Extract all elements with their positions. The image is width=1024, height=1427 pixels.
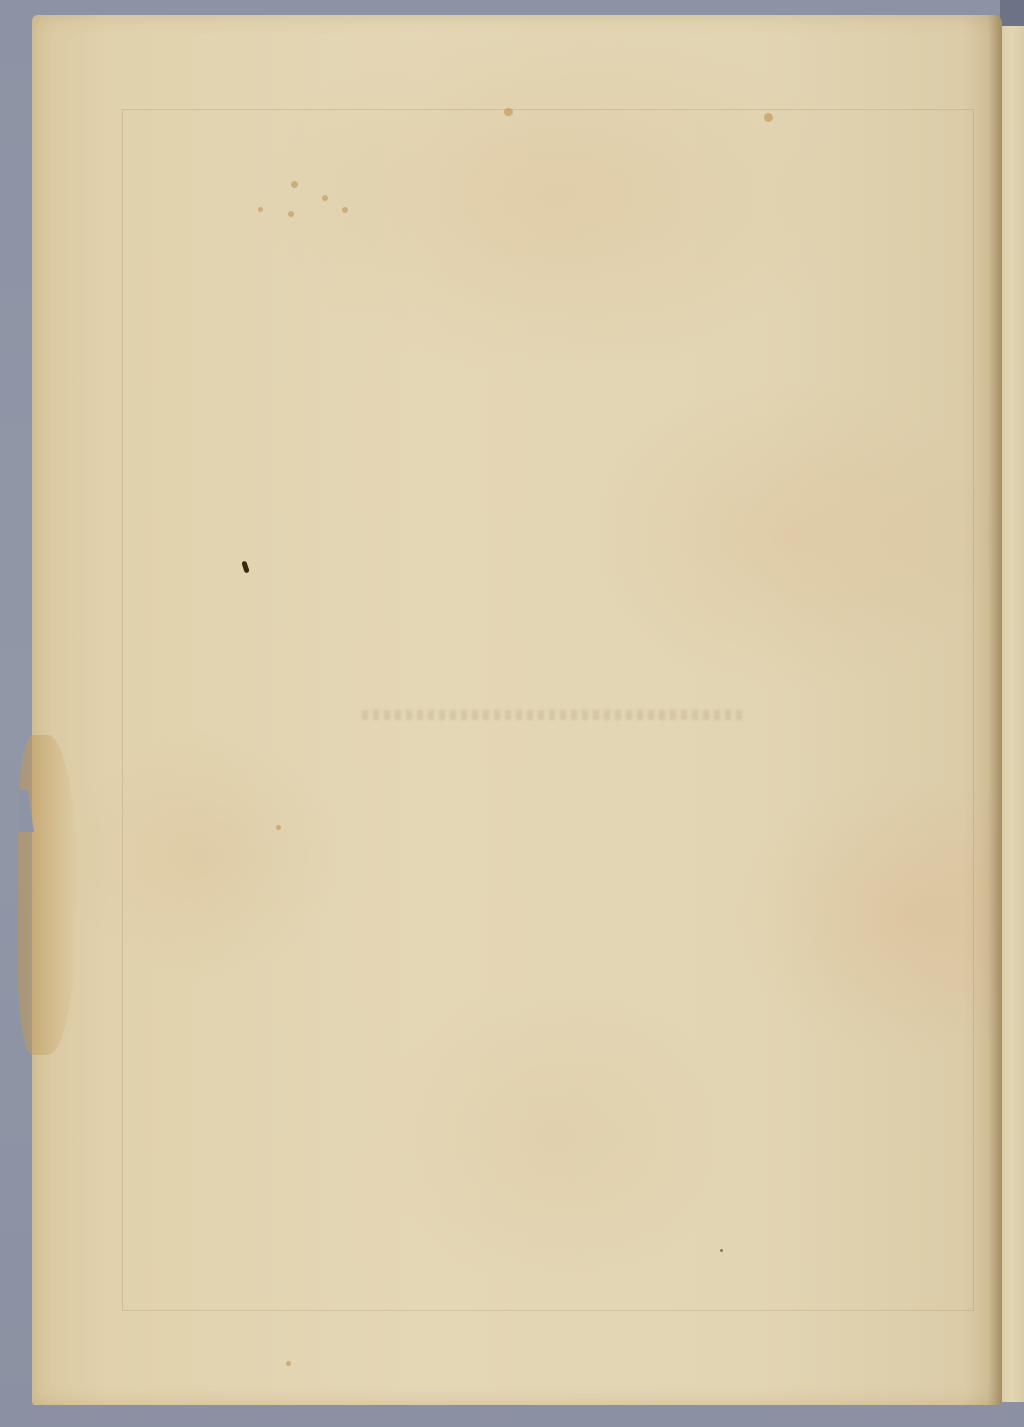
foxing-spot bbox=[764, 113, 773, 122]
foxing-spot bbox=[504, 108, 513, 116]
foxing-spot bbox=[258, 207, 263, 212]
scan-background bbox=[0, 0, 1024, 1427]
foxing-spot bbox=[276, 825, 281, 830]
foxing-spot bbox=[288, 211, 294, 217]
foxing-spot bbox=[720, 1249, 723, 1252]
bleed-through-text bbox=[362, 710, 742, 720]
foxing-spot bbox=[342, 207, 348, 213]
book-page bbox=[32, 15, 1002, 1405]
water-stain bbox=[18, 735, 78, 1055]
foxing-spot bbox=[286, 1361, 291, 1366]
foxing-spot bbox=[322, 195, 328, 201]
gutter-shadow bbox=[988, 15, 1002, 1405]
foxing-spot bbox=[291, 181, 298, 188]
page-text bbox=[32, 15, 33, 16]
